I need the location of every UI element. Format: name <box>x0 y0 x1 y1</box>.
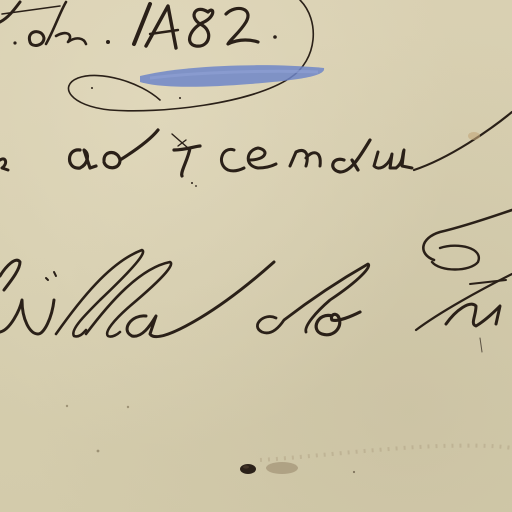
line-2-handwriting <box>0 112 512 187</box>
line-3-handwriting <box>0 210 512 352</box>
manuscript-page: Fabr. 1A82. a adscendu Villa do Fr <box>0 0 512 512</box>
line-1-handwriting <box>0 0 313 111</box>
ink-blot <box>66 405 512 474</box>
blue-pencil-stroke <box>140 65 324 87</box>
foxing-spot <box>468 132 480 140</box>
handwriting-layer <box>0 0 512 512</box>
